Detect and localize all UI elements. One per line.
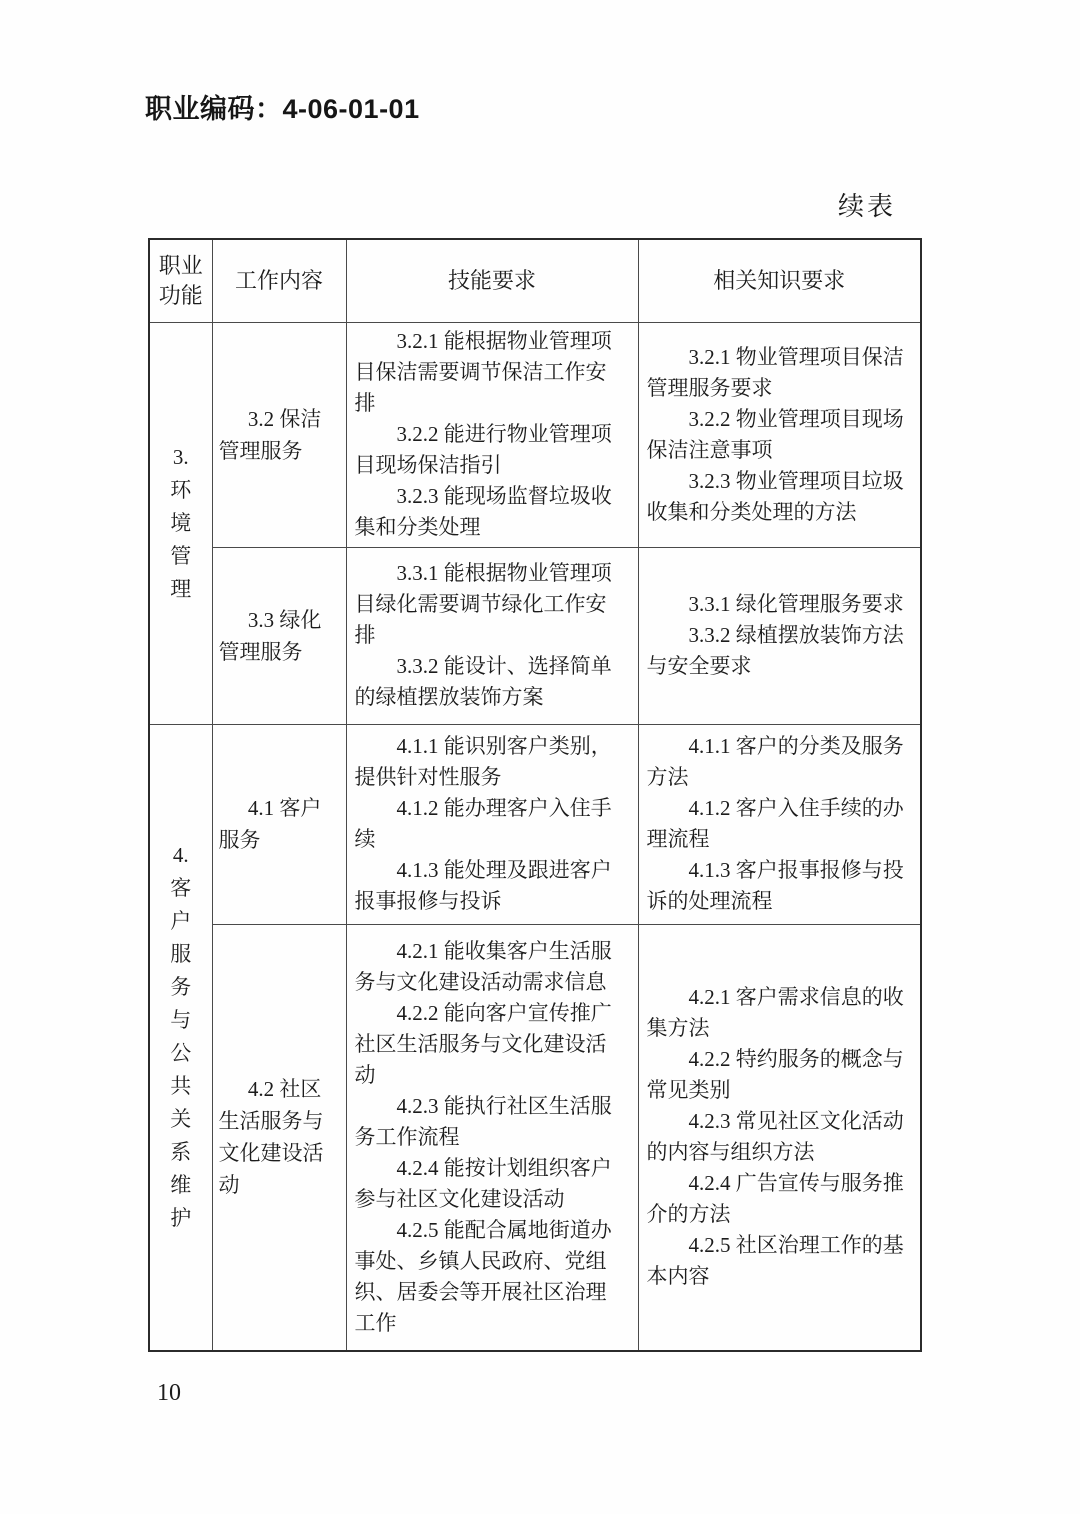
requirement-item: 4.2.1 能收集客户生活服 务与文化建设活动需求信息: [355, 936, 632, 998]
skill-requirements-cell: 4.2.1 能收集客户生活服 务与文化建设活动需求信息4.2.2 能向客户宣传推…: [346, 924, 638, 1351]
work-content-cell: 3.2 保洁 管理服务: [212, 322, 346, 547]
requirement-item: 4.1.2 客户入住手续的办 理流程: [647, 793, 915, 855]
requirement-item: 4.2.2 能向客户宣传推广 社区生活服务与文化建设活 动: [355, 998, 632, 1091]
requirement-item: 3.2.2 能进行物业管理项 目现场保洁指引: [355, 419, 632, 481]
work-content-text: 3.2 保洁 管理服务: [219, 403, 340, 467]
requirement-item: 3.2.3 能现场监督垃圾收 集和分类处理: [355, 481, 632, 543]
requirement-item: 3.2.1 物业管理项目保洁 管理服务要求: [647, 342, 915, 404]
requirement-item: 3.2.1 能根据物业管理项 目保洁需要调节保洁工作安 排: [355, 326, 632, 419]
requirement-item: 4.2.2 特约服务的概念与 常见类别: [647, 1044, 915, 1106]
table-row: 3. 环 境 管 理 3.2 保洁 管理服务 3.2.1 能根据物业管理项 目保…: [149, 322, 921, 547]
header-skill-requirements: 技能要求: [346, 239, 638, 322]
work-content-cell: 3.3 绿化 管理服务: [212, 547, 346, 724]
requirement-item: 4.2.5 社区治理工作的基 本内容: [647, 1230, 915, 1292]
requirement-item: 3.3.1 绿化管理服务要求: [647, 589, 915, 620]
skill-requirements-cell: 3.3.1 能根据物业管理项 目绿化需要调节绿化工作安 排3.3.2 能设计、选…: [346, 547, 638, 724]
work-content-text: 4.1 客户 服务: [219, 792, 340, 856]
table-row: 4.2 社区 生活服务与 文化建设活 动 4.2.1 能收集客户生活服 务与文化…: [149, 924, 921, 1351]
table-row: 4. 客 户 服 务 与 公 共 关 系 维 护 4.1 客户 服务 4.1.1…: [149, 724, 921, 924]
requirement-item: 4.1.2 能办理客户入住手 续: [355, 793, 632, 855]
knowledge-requirements-cell: 3.2.1 物业管理项目保洁 管理服务要求3.2.2 物业管理项目现场 保洁注意…: [638, 322, 921, 547]
header-occupational-function: 职业 功能: [149, 239, 212, 322]
skill-requirements-cell: 3.2.1 能根据物业管理项 目保洁需要调节保洁工作安 排3.2.2 能进行物业…: [346, 322, 638, 547]
requirement-item: 4.2.4 能按计划组织客户 参与社区文化建设活动: [355, 1153, 632, 1215]
requirement-item: 3.3.2 能设计、选择简单 的绿植摆放装饰方案: [355, 651, 632, 713]
page-number: 10: [157, 1378, 181, 1408]
requirement-item: 3.2.2 物业管理项目现场 保洁注意事项: [647, 404, 915, 466]
knowledge-requirements-cell: 3.3.1 绿化管理服务要求3.3.2 绿植摆放装饰方法 与安全要求: [638, 547, 921, 724]
continued-table-label: 续表: [148, 190, 920, 224]
document-page: 职业编码：4-06-01-01 续表 职业 功能 工作内容 技能要求 相关知识要…: [0, 0, 1080, 1514]
requirement-item: 4.2.1 客户需求信息的收 集方法: [647, 982, 915, 1044]
knowledge-requirements-cell: 4.2.1 客户需求信息的收 集方法4.2.2 特约服务的概念与 常见类别4.2…: [638, 924, 921, 1351]
requirement-item: 3.3.1 能根据物业管理项 目绿化需要调节绿化工作安 排: [355, 558, 632, 651]
occupation-code-heading: 职业编码：4-06-01-01: [145, 92, 420, 126]
work-content-text: 3.3 绿化 管理服务: [219, 604, 340, 668]
requirement-item: 4.1.3 客户报事报修与投 诉的处理流程: [647, 855, 915, 917]
table-header-row: 职业 功能 工作内容 技能要求 相关知识要求: [149, 239, 921, 322]
work-content-cell: 4.1 客户 服务: [212, 724, 346, 924]
requirement-item: 3.2.3 物业管理项目垃圾 收集和分类处理的方法: [647, 466, 915, 528]
section-label-environment-management: 3. 环 境 管 理: [149, 322, 212, 724]
requirement-item: 4.2.4 广告宣传与服务推 介的方法: [647, 1168, 915, 1230]
requirement-item: 3.3.2 绿植摆放装饰方法 与安全要求: [647, 620, 915, 682]
knowledge-requirements-cell: 4.1.1 客户的分类及服务 方法4.1.2 客户入住手续的办 理流程4.1.3…: [638, 724, 921, 924]
skill-requirements-cell: 4.1.1 能识别客户类别， 提供针对性服务4.1.2 能办理客户入住手 续4.…: [346, 724, 638, 924]
requirement-item: 4.2.3 能执行社区生活服 务工作流程: [355, 1091, 632, 1153]
requirement-item: 4.1.3 能处理及跟进客户 报事报修与投诉: [355, 855, 632, 917]
requirement-item: 4.1.1 客户的分类及服务 方法: [647, 731, 915, 793]
work-content-text: 4.2 社区 生活服务与 文化建设活 动: [219, 1073, 340, 1201]
header-work-content: 工作内容: [212, 239, 346, 322]
occupational-standard-table: 职业 功能 工作内容 技能要求 相关知识要求 3. 环 境 管 理 3.2 保洁…: [148, 238, 922, 1352]
header-knowledge-requirements: 相关知识要求: [638, 239, 921, 322]
requirement-item: 4.1.1 能识别客户类别， 提供针对性服务: [355, 731, 632, 793]
requirement-item: 4.2.3 常见社区文化活动 的内容与组织方法: [647, 1106, 915, 1168]
section-label-customer-service: 4. 客 户 服 务 与 公 共 关 系 维 护: [149, 724, 212, 1351]
work-content-cell: 4.2 社区 生活服务与 文化建设活 动: [212, 924, 346, 1351]
table-row: 3.3 绿化 管理服务 3.3.1 能根据物业管理项 目绿化需要调节绿化工作安 …: [149, 547, 921, 724]
requirement-item: 4.2.5 能配合属地街道办 事处、乡镇人民政府、党组 织、居委会等开展社区治理…: [355, 1215, 632, 1339]
